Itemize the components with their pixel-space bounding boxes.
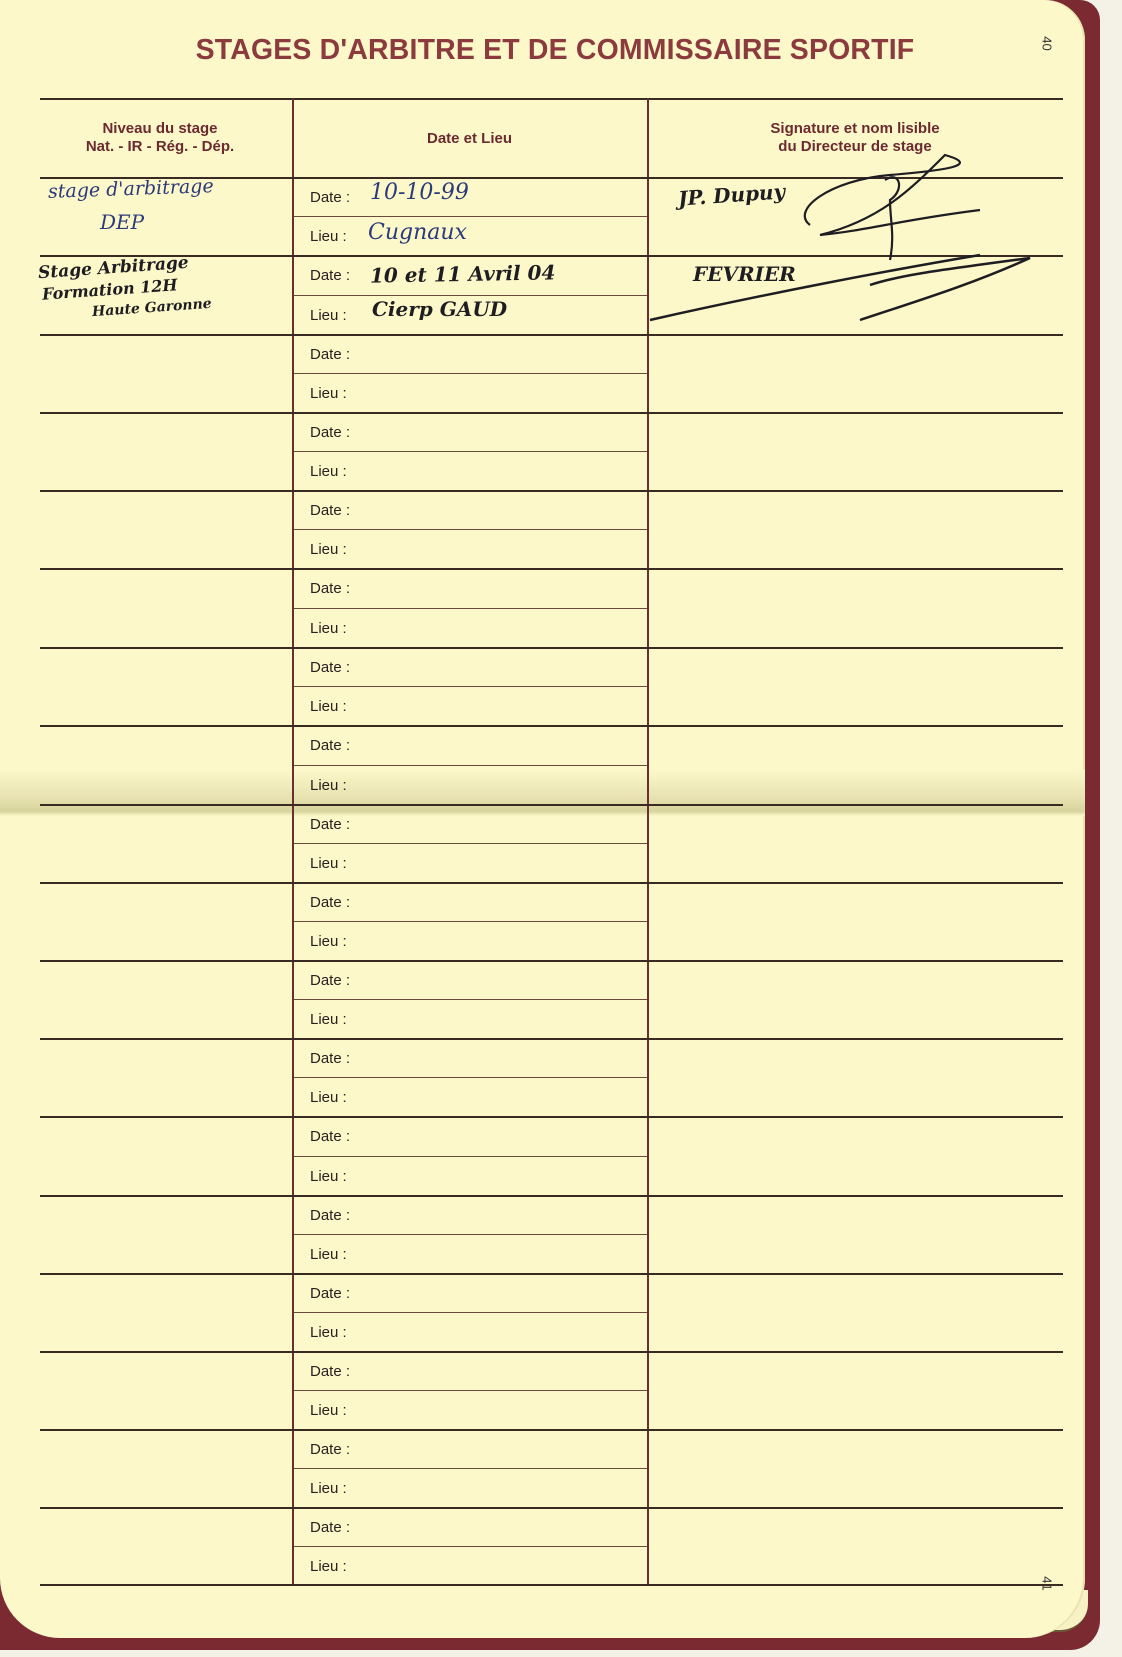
place-label: Lieu : <box>310 1324 347 1341</box>
row-rule <box>40 568 1063 570</box>
date-label: Date : <box>310 580 350 597</box>
page-fold <box>0 770 1085 816</box>
row-split-rule <box>294 1156 647 1157</box>
page-title: STAGES D'ARBITRE ET DE COMMISSAIRE SPORT… <box>119 34 991 67</box>
row-rule <box>40 334 1063 336</box>
place-label: Lieu : <box>310 777 347 794</box>
place-label: Lieu : <box>310 1246 347 1263</box>
column-header-date-place: Date et Lieu <box>292 130 647 148</box>
entry-1-place[interactable]: Cugnaux <box>368 220 467 245</box>
entry-1-level-line1: stage d'arbitrage <box>48 175 214 203</box>
row-split-rule <box>294 529 647 530</box>
place-label: Lieu : <box>310 933 347 950</box>
entry-1-date[interactable]: 10-10-99 <box>370 180 469 205</box>
row-split-rule <box>294 686 647 687</box>
place-label: Lieu : <box>310 385 347 402</box>
date-label: Date : <box>310 1207 350 1224</box>
date-label: Date : <box>310 346 350 363</box>
date-label: Date : <box>310 1519 350 1536</box>
date-label: Date : <box>310 1128 350 1145</box>
row-rule <box>40 960 1063 962</box>
place-label: Lieu : <box>310 1089 347 1106</box>
row-split-rule <box>294 921 647 922</box>
row-split-rule <box>294 1390 647 1391</box>
date-label: Date : <box>310 1050 350 1067</box>
place-label: Lieu : <box>310 1402 347 1419</box>
row-split-rule <box>294 451 647 452</box>
header-level-title: Niveau du stage <box>40 120 280 138</box>
place-label: Lieu : <box>310 307 347 324</box>
header-top-rule <box>40 98 1063 100</box>
column-header-level: Niveau du stage Nat. - IR - Rég. - Dép. <box>40 120 280 156</box>
row-rule <box>40 725 1063 727</box>
place-label: Lieu : <box>310 698 347 715</box>
date-label: Date : <box>310 737 350 754</box>
row-split-rule <box>294 1546 647 1547</box>
row-rule <box>40 1038 1063 1040</box>
place-label: Lieu : <box>310 1558 347 1575</box>
place-label: Lieu : <box>310 855 347 872</box>
date-label: Date : <box>310 894 350 911</box>
row-split-rule <box>294 1312 647 1313</box>
row-rule <box>40 1507 1063 1509</box>
place-label: Lieu : <box>310 1011 347 1028</box>
row-rule <box>40 804 1063 806</box>
row-rule <box>40 1116 1063 1118</box>
place-label: Lieu : <box>310 620 347 637</box>
table-bottom-rule <box>40 1584 1063 1586</box>
row-rule <box>40 1273 1063 1275</box>
row-split-rule <box>294 295 647 296</box>
date-label: Date : <box>310 424 350 441</box>
row-split-rule <box>294 843 647 844</box>
date-label: Date : <box>310 267 350 284</box>
date-label: Date : <box>310 659 350 676</box>
date-label: Date : <box>310 972 350 989</box>
place-label: Lieu : <box>310 228 347 245</box>
date-label: Date : <box>310 1363 350 1380</box>
date-label: Date : <box>310 502 350 519</box>
row-rule <box>40 882 1063 884</box>
place-label: Lieu : <box>310 1480 347 1497</box>
signature-scribble-2 <box>640 240 1040 330</box>
row-rule <box>40 1429 1063 1431</box>
date-label: Date : <box>310 1285 350 1302</box>
row-split-rule <box>294 1077 647 1078</box>
entry-1-signature-name: JP. Dupuy <box>677 179 786 210</box>
entry-2-place[interactable]: Cierp GAUD <box>372 297 507 321</box>
row-split-rule <box>294 216 647 217</box>
row-rule <box>40 490 1063 492</box>
place-label: Lieu : <box>310 463 347 480</box>
booklet-page: STAGES D'ARBITRE ET DE COMMISSAIRE SPORT… <box>0 0 1085 1638</box>
header-level-subtitle: Nat. - IR - Rég. - Dép. <box>40 138 280 156</box>
row-rule <box>40 412 1063 414</box>
row-rule <box>40 1351 1063 1353</box>
row-split-rule <box>294 608 647 609</box>
date-label: Date : <box>310 189 350 206</box>
entry-1-level-line2: DEP <box>100 210 144 234</box>
place-label: Lieu : <box>310 1168 347 1185</box>
header-signature-title: Signature et nom lisible <box>650 120 1060 138</box>
place-label: Lieu : <box>310 541 347 558</box>
page-number-top: 40 <box>1040 36 1055 50</box>
row-rule <box>40 647 1063 649</box>
entry-2-level-line3: Haute Garonne <box>92 296 213 320</box>
column-divider-left <box>292 98 294 1584</box>
row-split-rule <box>294 765 647 766</box>
row-split-rule <box>294 1468 647 1469</box>
row-split-rule <box>294 999 647 1000</box>
row-rule <box>40 1195 1063 1197</box>
entry-2-date[interactable]: 10 et 11 Avril 04 <box>370 260 556 287</box>
row-split-rule <box>294 373 647 374</box>
row-split-rule <box>294 1234 647 1235</box>
date-label: Date : <box>310 1441 350 1458</box>
date-label: Date : <box>310 816 350 833</box>
